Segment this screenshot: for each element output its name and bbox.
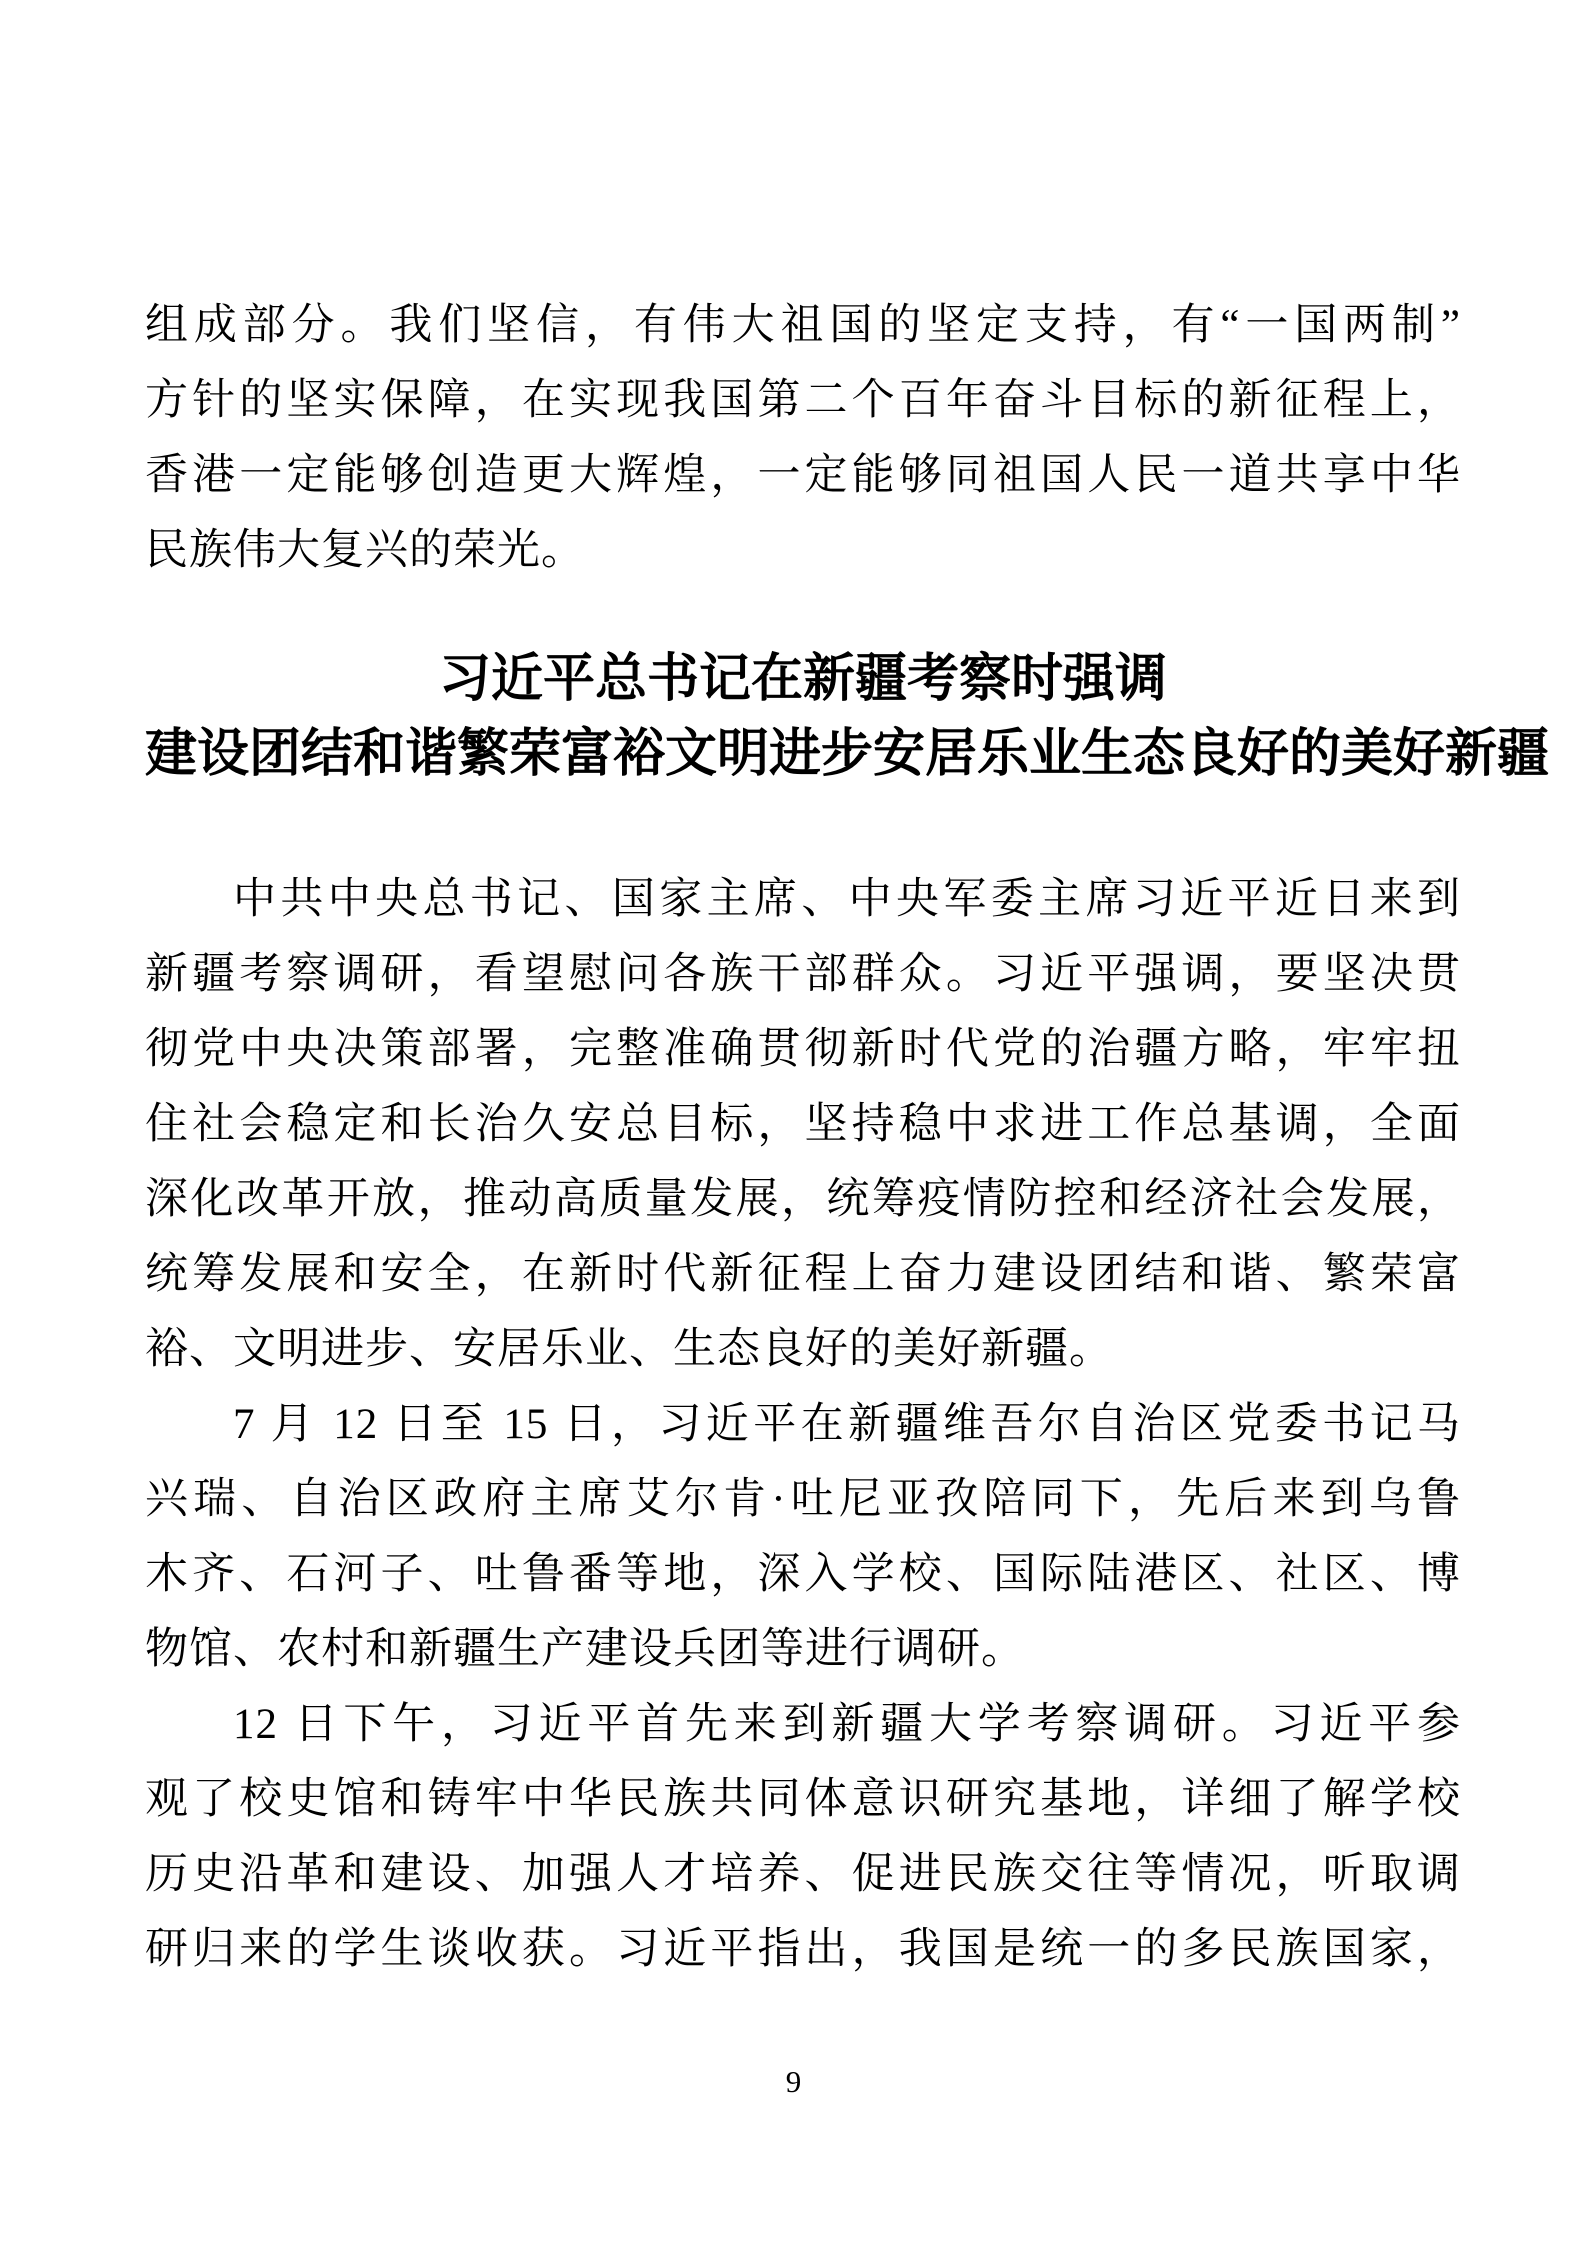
text-line: 7 月 12 日至 15 日，习近平在新疆维吾尔自治区党委书记马 bbox=[145, 1387, 1461, 1462]
text-line: 民族伟大复兴的荣光。 bbox=[145, 513, 1461, 588]
intro-paragraph: 组成部分。我们坚信，有伟大祖国的坚定支持，有“一国两制”方针的坚实保障，在实现我… bbox=[145, 288, 1461, 588]
text-line: 研归来的学生谈收获。习近平指出，我国是统一的多民族国家， bbox=[145, 1912, 1461, 1987]
document-page: 组成部分。我们坚信，有伟大祖国的坚定支持，有“一国两制”方针的坚实保障，在实现我… bbox=[0, 0, 1587, 2245]
text-line: 12 日下午，习近平首先来到新疆大学考察调研。习近平参 bbox=[145, 1687, 1461, 1762]
headline-line-2: 建设团结和谐繁荣富裕文明进步安居乐业生态良好的美好新疆 bbox=[145, 717, 1461, 792]
text-line: 历史沿革和建设、加强人才培养、促进民族交往等情况，听取调 bbox=[145, 1837, 1461, 1912]
text-line: 彻党中央决策部署，完整准确贯彻新时代党的治疆方略，牢牢扭 bbox=[145, 1012, 1461, 1087]
body-paragraph: 中共中央总书记、国家主席、中央军委主席习近平近日来到新疆考察调研，看望慰问各族干… bbox=[145, 862, 1461, 1387]
body-paragraph: 12 日下午，习近平首先来到新疆大学考察调研。习近平参观了校史馆和铸牢中华民族共… bbox=[145, 1687, 1461, 1987]
page-number: 9 bbox=[0, 2064, 1587, 2100]
body-paragraphs: 中共中央总书记、国家主席、中央军委主席习近平近日来到新疆考察调研，看望慰问各族干… bbox=[145, 862, 1461, 1987]
text-line: 兴瑞、自治区政府主席艾尔肯·吐尼亚孜陪同下，先后来到乌鲁 bbox=[145, 1462, 1461, 1537]
text-line: 裕、文明进步、安居乐业、生态良好的美好新疆。 bbox=[145, 1312, 1461, 1387]
article-headline: 习近平总书记在新疆考察时强调 建设团结和谐繁荣富裕文明进步安居乐业生态良好的美好… bbox=[145, 642, 1461, 792]
text-line: 新疆考察调研，看望慰问各族干部群众。习近平强调，要坚决贯 bbox=[145, 937, 1461, 1012]
text-line: 观了校史馆和铸牢中华民族共同体意识研究基地，详细了解学校 bbox=[145, 1762, 1461, 1837]
text-line: 中共中央总书记、国家主席、中央军委主席习近平近日来到 bbox=[145, 862, 1461, 937]
text-line: 组成部分。我们坚信，有伟大祖国的坚定支持，有“一国两制” bbox=[145, 288, 1461, 363]
text-line: 方针的坚实保障，在实现我国第二个百年奋斗目标的新征程上， bbox=[145, 363, 1461, 438]
text-line: 深化改革开放，推动高质量发展，统筹疫情防控和经济社会发展， bbox=[145, 1162, 1461, 1237]
text-line: 物馆、农村和新疆生产建设兵团等进行调研。 bbox=[145, 1612, 1461, 1687]
text-line: 住社会稳定和长治久安总目标，坚持稳中求进工作总基调，全面 bbox=[145, 1087, 1461, 1162]
text-line: 香港一定能够创造更大辉煌，一定能够同祖国人民一道共享中华 bbox=[145, 438, 1461, 513]
text-line: 木齐、石河子、吐鲁番等地，深入学校、国际陆港区、社区、博 bbox=[145, 1537, 1461, 1612]
body-paragraph: 7 月 12 日至 15 日，习近平在新疆维吾尔自治区党委书记马兴瑞、自治区政府… bbox=[145, 1387, 1461, 1687]
headline-line-1: 习近平总书记在新疆考察时强调 bbox=[145, 642, 1461, 717]
text-line: 统筹发展和安全，在新时代新征程上奋力建设团结和谐、繁荣富 bbox=[145, 1237, 1461, 1312]
page-content: 组成部分。我们坚信，有伟大祖国的坚定支持，有“一国两制”方针的坚实保障，在实现我… bbox=[145, 0, 1461, 1987]
